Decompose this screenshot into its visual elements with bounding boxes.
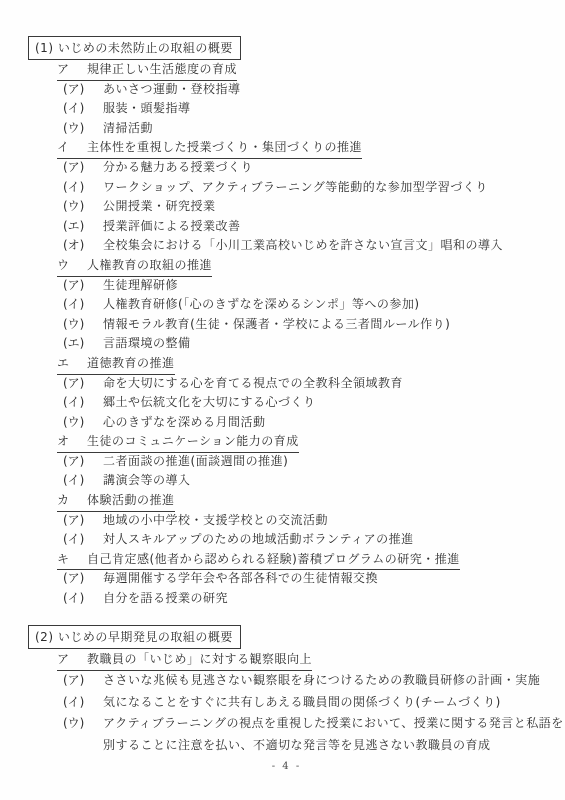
item-text: 気になることをすぐに共有しあえる職員間の関係づくり(チームづくり) xyxy=(103,692,501,714)
item-marker: (ウ) xyxy=(63,713,103,735)
document-page: (1) いじめの未然防止の取組の概要ア規律正しい生活態度の育成(ア)あいさつ運動… xyxy=(0,0,565,800)
list-item: (イ)講演会等の導入 xyxy=(63,471,545,491)
list-item: (エ)授業評価による授業改善 xyxy=(63,217,545,237)
list-item: (ア)地域の小中学校・支援学校との交流活動 xyxy=(63,511,545,531)
item-marker: (ウ) xyxy=(63,119,103,139)
item-text: ささいな兆候も見逃さない観察眼を身につけるための教職員研修の計画・実施 xyxy=(103,670,540,692)
item-text: 対人スキルアップのための地域活動ボランティアの推進 xyxy=(103,530,414,550)
group-heading: オ生徒のコミュニケーション能力の育成 xyxy=(57,432,545,452)
item-marker: (イ) xyxy=(63,178,103,198)
list-item: (イ)郷土や伝統文化を大切にする心づくり xyxy=(63,393,545,413)
item-text: 言語環境の整備 xyxy=(103,334,191,354)
group-heading-underline: オ生徒のコミュニケーション能力の育成 xyxy=(57,432,299,453)
item-marker: (ア) xyxy=(63,511,103,531)
item-text: 人権教育研修(「心のきずなを深めるシンポ」等への参加) xyxy=(103,295,420,315)
item-marker: (ア) xyxy=(63,452,103,472)
list-item: (ア)ささいな兆候も見逃さない観察眼を身につけるための教職員研修の計画・実施 xyxy=(63,670,545,692)
item-marker: (ア) xyxy=(63,374,103,394)
section-rows: ア教職員の「いじめ」に対する観察眼向上(ア)ささいな兆候も見逃さない観察眼を身に… xyxy=(28,649,545,757)
group-heading: イ主体性を重視した授業づくり・集団づくりの推進 xyxy=(57,138,545,158)
heading-marker: イ xyxy=(57,138,87,158)
heading-text: 教職員の「いじめ」に対する観察眼向上 xyxy=(87,649,312,671)
list-item: (ウ)公開授業・研究授業 xyxy=(63,197,545,217)
list-item: (エ)言語環境の整備 xyxy=(63,334,545,354)
heading-text: 主体性を重視した授業づくり・集団づくりの推進 xyxy=(87,138,362,158)
list-item: (イ)服装・頭髪指導 xyxy=(63,99,545,119)
list-item: (イ)気になることをすぐに共有しあえる職員間の関係づくり(チームづくり) xyxy=(63,692,545,714)
item-text: 清掃活動 xyxy=(103,119,153,139)
item-text: 郷土や伝統文化を大切にする心づくり xyxy=(103,393,316,413)
item-marker: (エ) xyxy=(63,334,103,354)
list-item: (イ)自分を語る授業の研究 xyxy=(63,589,545,609)
item-text: ワークショップ、アクティブラーニング等能動的な参加型学習づくり xyxy=(103,178,488,198)
list-item: (オ)全校集会における「小川工業高校いじめを許さない宣言文」唱和の導入 xyxy=(63,236,545,256)
item-continuation: 別することに注意を払い、不適切な発言等を見逃さない教職員の育成 xyxy=(103,735,545,757)
list-item: (ウ)清掃活動 xyxy=(63,119,545,139)
list-item: (イ)ワークショップ、アクティブラーニング等能動的な参加型学習づくり xyxy=(63,178,545,198)
group-heading-underline: ア規律正しい生活態度の育成 xyxy=(57,60,237,81)
document-body: (1) いじめの未然防止の取組の概要ア規律正しい生活態度の育成(ア)あいさつ運動… xyxy=(28,36,545,756)
list-item: (ア)生徒理解研修 xyxy=(63,276,545,296)
item-marker: (イ) xyxy=(63,99,103,119)
item-text: 分かる魅力ある授業づくり xyxy=(103,158,253,178)
list-item: (ア)二者面談の推進(面談週間の推進) xyxy=(63,452,545,472)
group-heading: キ自己肯定感(他者から認められる経験)蓄積プログラムの研究・推進 xyxy=(57,550,545,570)
item-text: 公開授業・研究授業 xyxy=(103,197,216,217)
item-text: 講演会等の導入 xyxy=(103,471,191,491)
group-heading-underline: イ主体性を重視した授業づくり・集団づくりの推進 xyxy=(57,138,362,159)
item-text: 情報モラル教育(生徒・保護者・学校による三者間ルール作り) xyxy=(103,315,450,335)
group-heading: ウ人権教育の取組の推進 xyxy=(57,256,545,276)
item-marker: (ウ) xyxy=(63,315,103,335)
item-text: 服装・頭髪指導 xyxy=(103,99,191,119)
item-text: 授業評価による授業改善 xyxy=(103,217,241,237)
item-text: あいさつ運動・登校指導 xyxy=(103,80,241,100)
list-item: (ウ)情報モラル教育(生徒・保護者・学校による三者間ルール作り) xyxy=(63,315,545,335)
heading-marker: ウ xyxy=(57,256,87,276)
item-text: 毎週開催する学年会や各部各科での生徒情報交換 xyxy=(103,569,378,589)
item-marker: (エ) xyxy=(63,217,103,237)
group-heading-underline: エ道徳教育の推進 xyxy=(57,354,175,375)
list-item: (ウ)アクティブラーニングの視点を重視した授業において、授業に関する発言と私語を… xyxy=(63,713,545,735)
item-marker: (イ) xyxy=(63,692,103,714)
page-number: - 4 - xyxy=(28,761,545,772)
group-heading: ア教職員の「いじめ」に対する観察眼向上 xyxy=(57,649,545,671)
section-box-title: (2) いじめの早期発見の取組の概要 xyxy=(28,625,241,649)
heading-marker: キ xyxy=(57,550,87,570)
group-heading-underline: カ体験活動の推進 xyxy=(57,491,175,512)
item-marker: (イ) xyxy=(63,589,103,609)
item-text: 命を大切にする心を育てる視点での全教科全領域教育 xyxy=(103,374,403,394)
section-rows: ア規律正しい生活態度の育成(ア)あいさつ運動・登校指導(イ)服装・頭髪指導(ウ)… xyxy=(28,60,545,609)
item-marker: (ア) xyxy=(63,276,103,296)
item-marker: (ア) xyxy=(63,80,103,100)
item-text: 地域の小中学校・支援学校との交流活動 xyxy=(103,511,328,531)
item-text: 全校集会における「小川工業高校いじめを許さない宣言文」唱和の導入 xyxy=(103,236,503,256)
list-item: (イ)人権教育研修(「心のきずなを深めるシンポ」等への参加) xyxy=(63,295,545,315)
list-item: (ア)あいさつ運動・登校指導 xyxy=(63,80,545,100)
item-text: アクティブラーニングの視点を重視した授業において、授業に関する発言と私語を区 xyxy=(103,713,565,735)
section-1: (1) いじめの未然防止の取組の概要ア規律正しい生活態度の育成(ア)あいさつ運動… xyxy=(28,36,545,609)
item-text: 二者面談の推進(面談週間の推進) xyxy=(103,452,288,472)
item-marker: (ウ) xyxy=(63,197,103,217)
item-marker: (オ) xyxy=(63,236,103,256)
item-text: 生徒理解研修 xyxy=(103,276,178,296)
list-item: (イ)対人スキルアップのための地域活動ボランティアの推進 xyxy=(63,530,545,550)
heading-text: 生徒のコミュニケーション能力の育成 xyxy=(87,432,299,452)
heading-text: 規律正しい生活態度の育成 xyxy=(87,60,237,80)
item-marker: (ア) xyxy=(63,569,103,589)
item-text: 自分を語る授業の研究 xyxy=(103,589,228,609)
item-marker: (ア) xyxy=(63,670,103,692)
list-item: (ア)分かる魅力ある授業づくり xyxy=(63,158,545,178)
list-item: (ア)命を大切にする心を育てる視点での全教科全領域教育 xyxy=(63,374,545,394)
item-marker: (ウ) xyxy=(63,413,103,433)
item-marker: (イ) xyxy=(63,471,103,491)
item-marker: (イ) xyxy=(63,393,103,413)
heading-text: 人権教育の取組の推進 xyxy=(87,256,212,276)
heading-marker: ア xyxy=(57,60,87,80)
group-heading: ア規律正しい生活態度の育成 xyxy=(57,60,545,80)
item-text: 心のきずなを深める月間活動 xyxy=(103,413,266,433)
heading-text: 自己肯定感(他者から認められる経験)蓄積プログラムの研究・推進 xyxy=(87,550,460,570)
item-text: 別することに注意を払い、不適切な発言等を見逃さない教職員の育成 xyxy=(103,735,491,757)
list-item: (ア)毎週開催する学年会や各部各科での生徒情報交換 xyxy=(63,569,545,589)
section-2: (2) いじめの早期発見の取組の概要ア教職員の「いじめ」に対する観察眼向上(ア)… xyxy=(28,625,545,757)
group-heading-underline: ウ人権教育の取組の推進 xyxy=(57,256,212,277)
list-item: (ウ)心のきずなを深める月間活動 xyxy=(63,413,545,433)
heading-text: 道徳教育の推進 xyxy=(87,354,175,374)
group-heading: カ体験活動の推進 xyxy=(57,491,545,511)
item-marker: (ア) xyxy=(63,158,103,178)
heading-marker: オ xyxy=(57,432,87,452)
group-heading-underline: ア教職員の「いじめ」に対する観察眼向上 xyxy=(57,649,312,672)
section-box-title: (1) いじめの未然防止の取組の概要 xyxy=(28,36,241,60)
group-heading-underline: キ自己肯定感(他者から認められる経験)蓄積プログラムの研究・推進 xyxy=(57,550,460,571)
heading-text: 体験活動の推進 xyxy=(87,491,175,511)
heading-marker: エ xyxy=(57,354,87,374)
item-marker: (イ) xyxy=(63,295,103,315)
group-heading: エ道徳教育の推進 xyxy=(57,354,545,374)
heading-marker: ア xyxy=(57,649,87,671)
item-marker: (イ) xyxy=(63,530,103,550)
heading-marker: カ xyxy=(57,491,87,511)
